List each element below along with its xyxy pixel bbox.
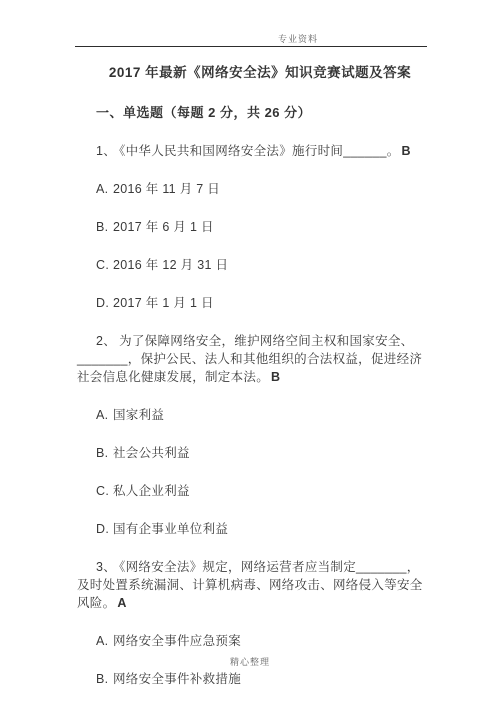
option-text: 2016 年 11 月 7 日 bbox=[113, 182, 220, 196]
question-3-option-b: B.网络安全事件补救措施 bbox=[77, 670, 427, 688]
option-label: D. bbox=[96, 294, 113, 312]
section-heading: 一、单选题（每题 2 分，共 26 分） bbox=[77, 104, 427, 122]
question-1-answer: B bbox=[402, 144, 411, 158]
option-label: B. bbox=[96, 444, 113, 462]
option-label: D. bbox=[96, 520, 113, 538]
document-page: 专业资料 2017 年最新《网络安全法》知识竞赛试题及答案 一、单选题（每题 2… bbox=[0, 0, 500, 707]
option-text: 国有企事业单位利益 bbox=[113, 522, 228, 536]
footer-note: 精心整理 bbox=[0, 655, 500, 668]
question-2: 2、为了保障网络安全，维护网络空间主权和国家安全、_______，保护公民、法人… bbox=[77, 332, 427, 386]
document-body: 2017 年最新《网络安全法》知识竞赛试题及答案 一、单选题（每题 2 分，共 … bbox=[77, 0, 427, 688]
question-2-answer: B bbox=[271, 370, 280, 384]
page-title: 2017 年最新《网络安全法》知识竞赛试题及答案 bbox=[77, 64, 427, 82]
question-2-option-a: A.国家利益 bbox=[77, 406, 427, 424]
option-text: 网络安全事件补救措施 bbox=[113, 672, 241, 686]
question-2-option-b: B.社会公共利益 bbox=[77, 444, 427, 462]
question-1-option-d: D.2017 年 1 月 1 日 bbox=[77, 294, 427, 312]
question-2-option-c: C.私人企业利益 bbox=[77, 482, 427, 500]
question-1-option-b: B.2017 年 6 月 1 日 bbox=[77, 218, 427, 236]
option-text: 社会公共利益 bbox=[113, 446, 190, 460]
option-text: 2016 年 12 月 31 日 bbox=[113, 258, 228, 272]
question-1: 1、《中华人民共和国网络安全法》施行时间______。B bbox=[77, 142, 427, 160]
question-3-answer: A bbox=[117, 596, 126, 610]
question-1-option-a: A.2016 年 11 月 7 日 bbox=[77, 180, 427, 198]
option-label: A. bbox=[96, 406, 113, 424]
option-text: 私人企业利益 bbox=[113, 484, 190, 498]
question-3: 3、《网络安全法》规定，网络运营者应当制定_______，及时处置系统漏洞、计算… bbox=[77, 558, 427, 612]
option-label: C. bbox=[96, 482, 113, 500]
question-3-text: 《网络安全法》规定，网络运营者应当制定_______，及时处置系统漏洞、计算机病… bbox=[77, 560, 423, 610]
option-label: A. bbox=[96, 632, 113, 650]
option-label: B. bbox=[96, 218, 113, 236]
question-1-text: 《中华人民共和国网络安全法》施行时间______。 bbox=[119, 144, 399, 158]
question-1-option-c: C.2016 年 12 月 31 日 bbox=[77, 256, 427, 274]
question-2-number: 2、 bbox=[96, 334, 116, 348]
option-label: C. bbox=[96, 256, 113, 274]
option-label: A. bbox=[96, 180, 113, 198]
option-label: B. bbox=[96, 670, 113, 688]
option-text: 国家利益 bbox=[113, 408, 164, 422]
question-1-number: 1、 bbox=[96, 144, 116, 158]
option-text: 2017 年 6 月 1 日 bbox=[113, 220, 214, 234]
question-2-option-d: D.国有企事业单位利益 bbox=[77, 520, 427, 538]
question-2-text: 为了保障网络安全，维护网络空间主权和国家安全、_______，保护公民、法人和其… bbox=[77, 334, 422, 384]
option-text: 2017 年 1 月 1 日 bbox=[113, 296, 214, 310]
option-text: 网络安全事件应急预案 bbox=[113, 634, 241, 648]
question-3-option-a: A.网络安全事件应急预案 bbox=[77, 632, 427, 650]
question-3-number: 3、 bbox=[96, 560, 116, 574]
